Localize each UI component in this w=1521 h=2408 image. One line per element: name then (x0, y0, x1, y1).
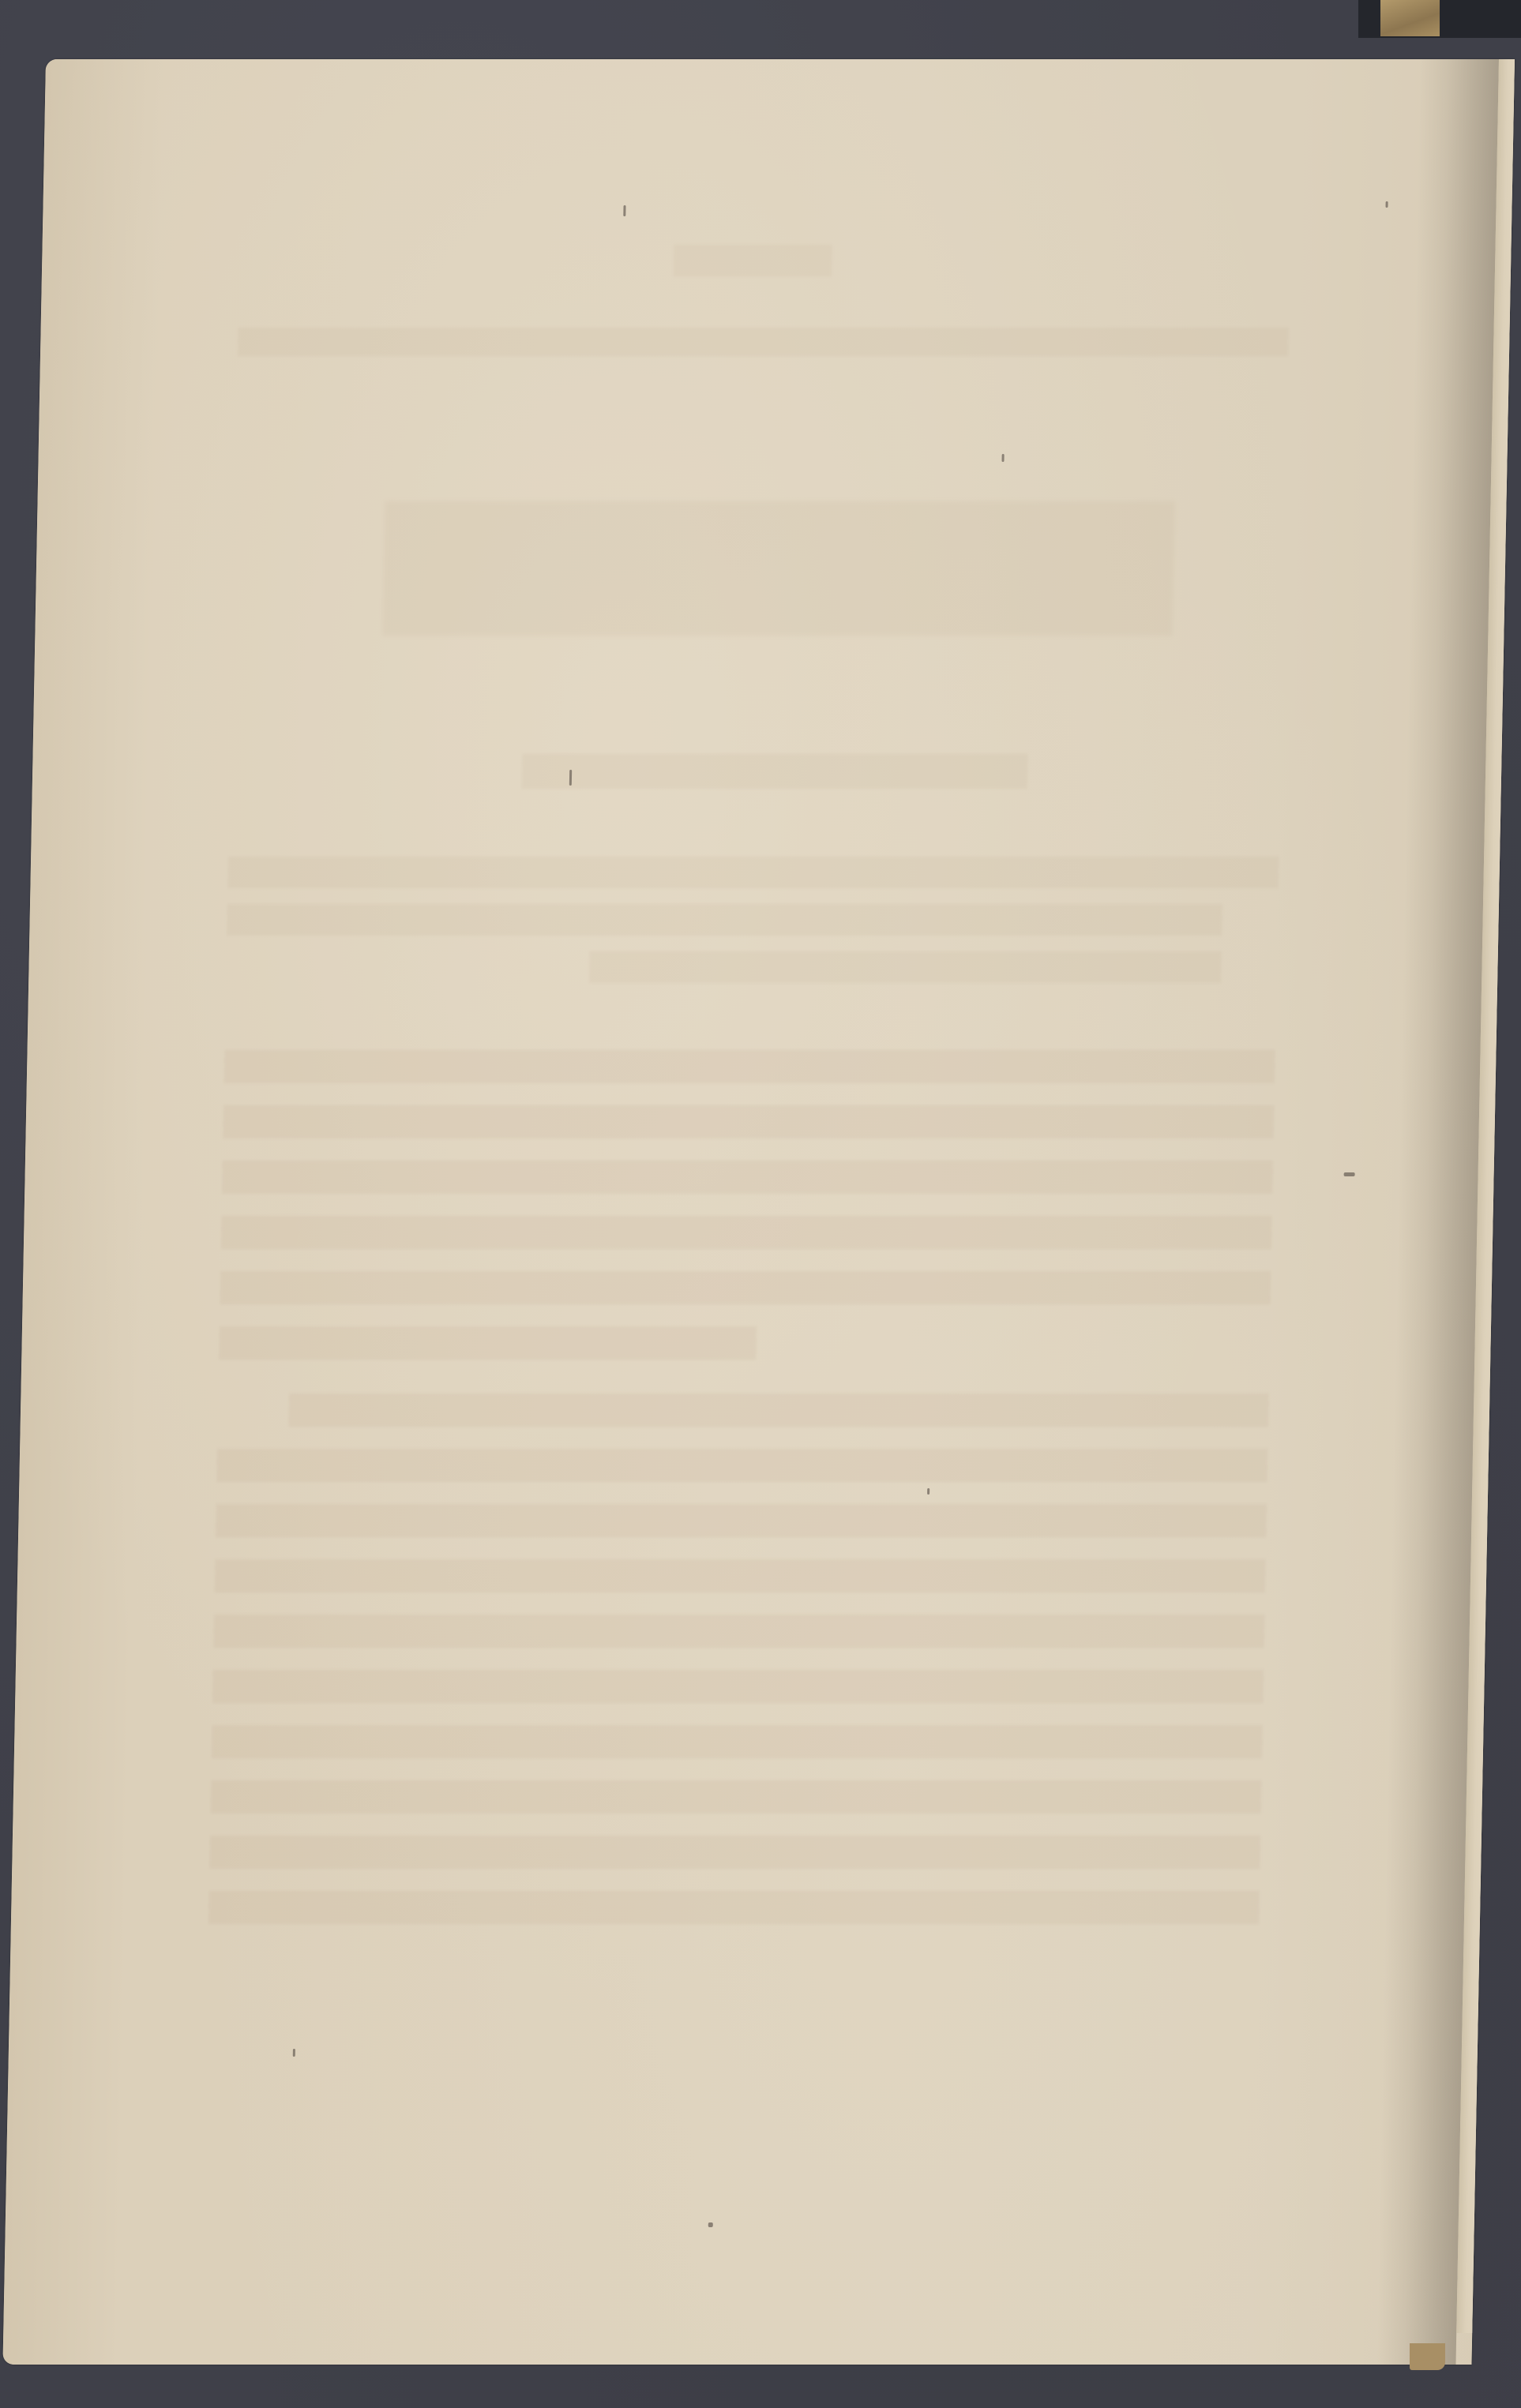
paper-speck (1344, 1172, 1355, 1176)
paper-speck (293, 2049, 295, 2057)
paper-speck (927, 1488, 929, 1495)
torn-spine-fragment (1380, 0, 1440, 36)
paper-speck (1001, 454, 1004, 462)
torn-spine-fragment-bottom (1410, 2343, 1445, 2370)
paper-speck (1385, 201, 1388, 208)
book-cover-edge (1358, 0, 1521, 38)
paper-speck (623, 205, 625, 216)
book-page (2, 59, 1515, 2365)
paper-speck (569, 770, 572, 786)
paper-speck (708, 2222, 713, 2227)
paper-texture (2, 59, 1515, 2365)
